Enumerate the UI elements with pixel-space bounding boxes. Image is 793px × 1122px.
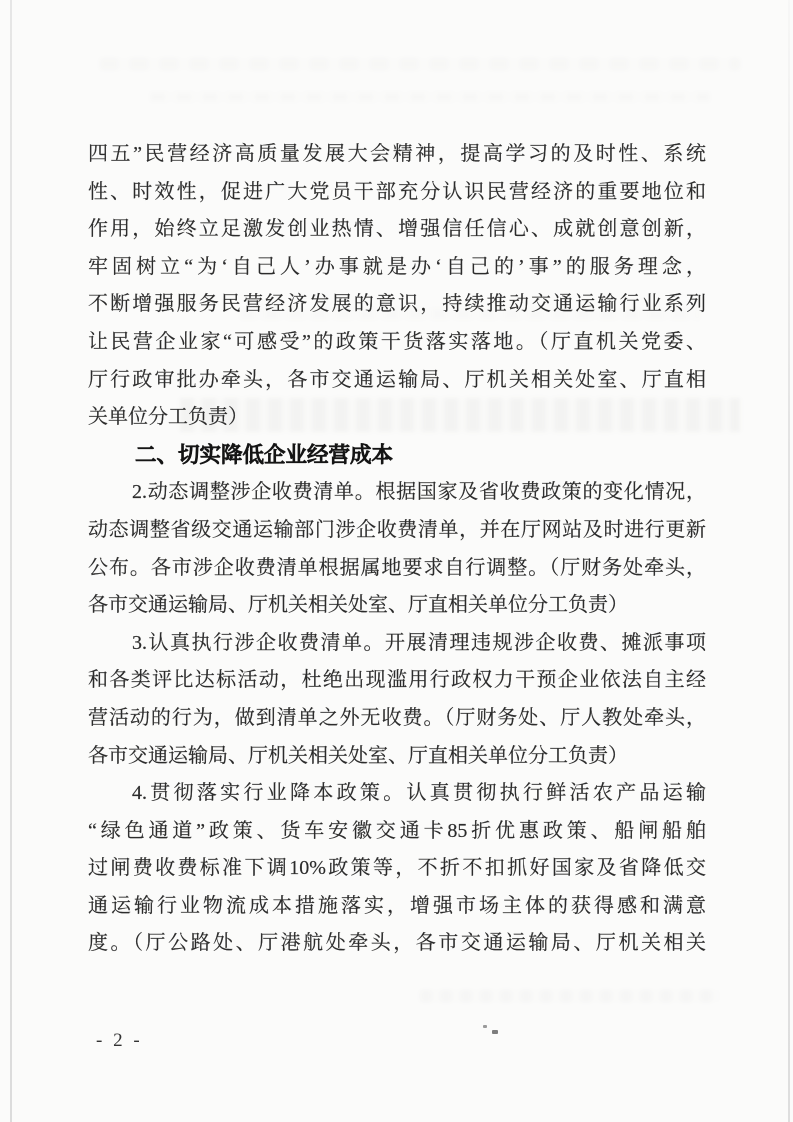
document-body: 四五”民营经济高质量发展大会精神，提高学习的及时性、系统性、时效性，促进广大党员… (88, 136, 706, 963)
document-line: 厅行政审批办牵头，各市交通运输局、厅机关相关处室、厅直相 (88, 362, 706, 400)
bleedthrough-artifact (420, 990, 720, 1002)
document-line: 性、时效性，促进广大党员干部充分认识民营经济的重要地位和 (88, 174, 706, 212)
document-line: 通运输行业物流成本措施落实，增强市场主体的获得感和满意 (88, 888, 706, 926)
section-heading: 二、切实降低企业经营成本 (88, 437, 706, 475)
document-line: 牢固树立“为‘自己人’办事就是办‘自己的’事”的服务理念， (88, 249, 706, 287)
document-line: 各市交通运输局、厅机关相关处室、厅直相关单位分工负责） (88, 587, 706, 625)
document-line: 度。（厅公路处、厅港航处牵头，各市交通运输局、厅机关相关 (88, 925, 706, 963)
document-line: “绿色通道”政策、货车安徽交通卡85折优惠政策、船闸船舶 (88, 813, 706, 851)
document-line: 2.动态调整涉企收费清单。根据国家及省收费政策的变化情况， (88, 474, 706, 512)
document-line: 公布。各市涉企收费清单根据属地要求自行调整。（厅财务处牵头， (88, 550, 706, 588)
document-line: 过闸费收费标准下调10%政策等，不折不扣抓好国家及省降低交 (88, 850, 706, 888)
document-line: 让民营企业家“可感受”的政策干货落实落地。（厅直机关党委、 (88, 324, 706, 362)
scan-edge-left (10, 0, 12, 1122)
document-line: 和各类评比达标活动，杜绝出现滥用行政权力干预企业依法自主经 (88, 662, 706, 700)
document-line: 关单位分工负责） (88, 399, 706, 437)
scan-speck (483, 1025, 487, 1028)
scan-speck (492, 1030, 498, 1034)
document-line: 3.认真执行涉企收费清单。开展清理违规涉企收费、摊派事项 (88, 625, 706, 663)
document-line: 不断增强服务民营经济发展的意识，持续推动交通运输行业系列 (88, 286, 706, 324)
page-number: - 2 - (96, 1030, 143, 1052)
document-line: 各市交通运输局、厅机关相关处室、厅直相关单位分工负责） (88, 738, 706, 776)
bleedthrough-artifact (100, 58, 740, 70)
document-line: 作用，始终立足激发创业热情、增强信任信心、成就创意创新， (88, 211, 706, 249)
bleedthrough-artifact (150, 92, 710, 102)
document-line: 四五”民营经济高质量发展大会精神，提高学习的及时性、系统 (88, 136, 706, 174)
document-page: 四五”民营经济高质量发展大会精神，提高学习的及时性、系统性、时效性，促进广大党员… (0, 0, 793, 1122)
document-line: 营活动的行为，做到清单之外无收费。（厅财务处、厅人教处牵头， (88, 700, 706, 738)
document-line: 4.贯彻落实行业降本政策。认真贯彻执行鲜活农产品运输 (88, 775, 706, 813)
document-line: 动态调整省级交通运输部门涉企收费清单，并在厅网站及时进行更新 (88, 512, 706, 550)
scan-edge-right (788, 0, 790, 1122)
